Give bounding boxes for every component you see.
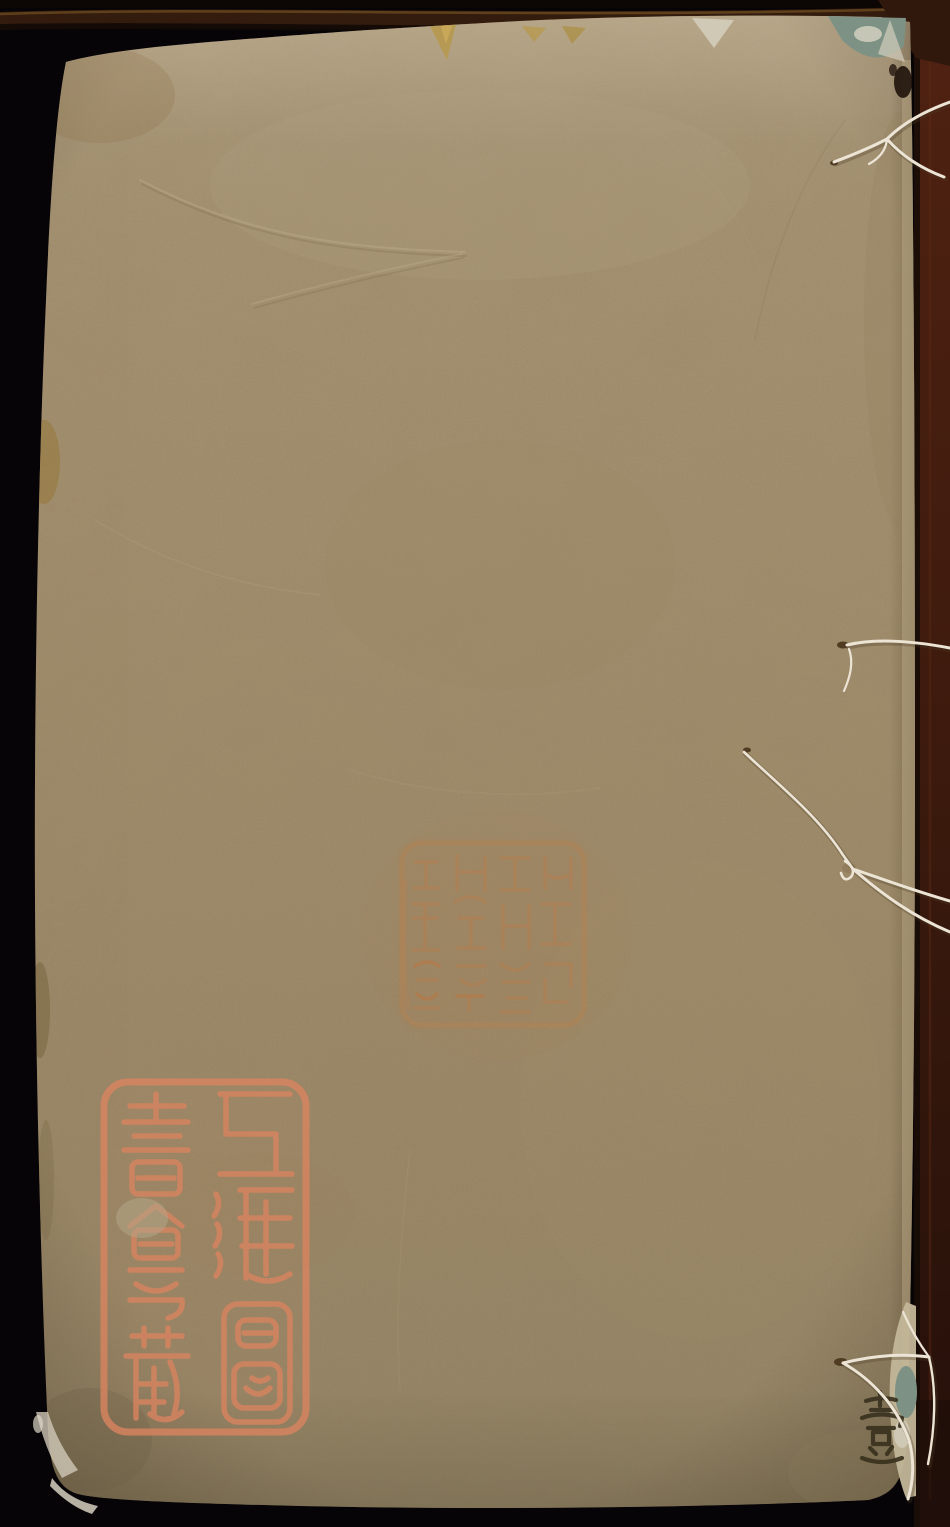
library-seal xyxy=(100,1078,310,1436)
teal-underlay-fragment-bottom xyxy=(895,1366,917,1418)
scan-artwork xyxy=(0,0,950,1527)
book-cover-scan: Scanned cover of a Chinese thread-bound … xyxy=(0,0,950,1527)
center-collector-seal xyxy=(397,838,589,1030)
book-board-right-edge xyxy=(914,0,950,1527)
seal-worn-patch xyxy=(116,1198,168,1238)
cover-page xyxy=(0,0,950,1527)
